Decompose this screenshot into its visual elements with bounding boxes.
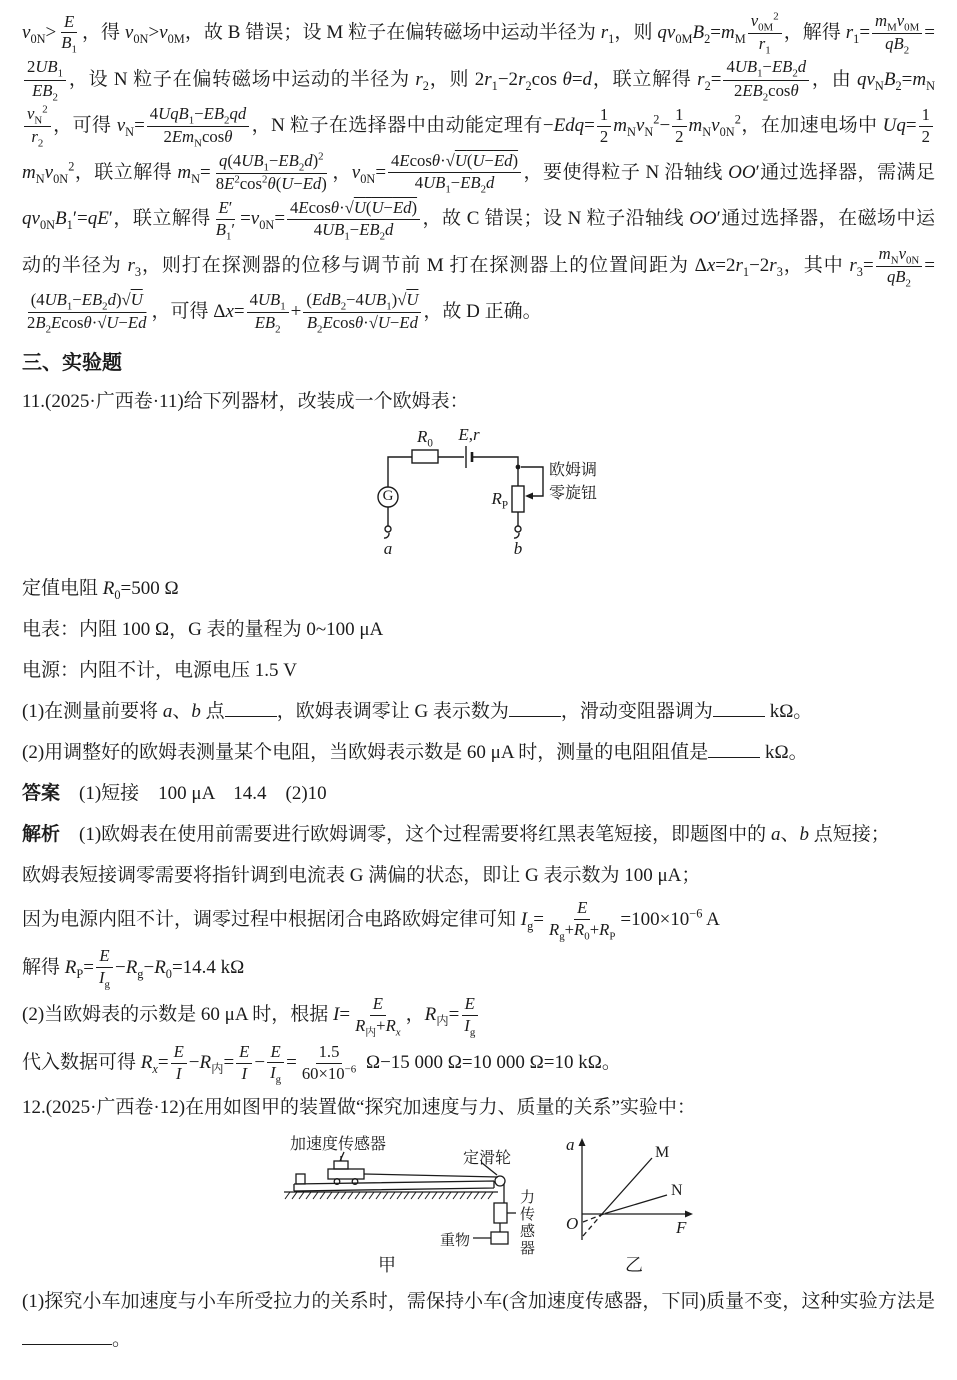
figure-jia-caption: 甲 bbox=[378, 1251, 396, 1277]
q11-analysis-line-5: (2)当欧姆表的示数是 60 μA 时，根据 I=ER内+Rx，R内=EIg bbox=[22, 993, 935, 1038]
line-n-label: N bbox=[671, 1182, 683, 1200]
q11-analysis-line-2: 欧姆表短接调零需要将指针调到电流表 G 满偏的状态，即让 G 表示数为 100 … bbox=[22, 857, 935, 895]
a-axis-arrowhead bbox=[579, 1138, 586, 1146]
string-horizontal bbox=[364, 1174, 498, 1177]
line-m-dashed bbox=[583, 1214, 602, 1236]
circuit-diagram: R0 E,r G RP 欧姆调 零旋钮 a b bbox=[340, 429, 670, 564]
document-body: { "page": {"bg": "#ffffff", "text_color"… bbox=[0, 0, 957, 1380]
analysis-paragraph: v0N>EB1，得 v0N>v0M，故 B 错误；设 M 粒子在偏转磁场中运动半… bbox=[22, 10, 935, 336]
line-m-solid bbox=[602, 1158, 652, 1214]
q11-analysis-line-1: 解析 (1)欧姆表在使用前需要进行欧姆调零，这个过程需要将红黑表笔短接，即题图中… bbox=[22, 816, 935, 854]
wire-right-top bbox=[472, 457, 518, 486]
weight-label: 重物 bbox=[440, 1229, 470, 1250]
potentiometer-rp-label: RP bbox=[478, 489, 508, 511]
wire-left-top bbox=[388, 457, 412, 487]
accel-sensor-box bbox=[334, 1161, 348, 1169]
pulley-label: 定滑轮 bbox=[463, 1145, 511, 1168]
experiment-setup-figure: 加速度传感器 定滑轮 力传感器 重物 甲 bbox=[270, 1135, 540, 1280]
q11-analysis-line-4: 解得 RP=EIg−Rg−R0=14.4 kΩ bbox=[22, 946, 935, 991]
force-sensor-label: 力传感器 bbox=[516, 1189, 537, 1257]
accel-sensor-label: 加速度传感器 bbox=[290, 1131, 386, 1154]
potentiometer-rp-symbol bbox=[512, 486, 524, 512]
terminal-a-label: a bbox=[381, 539, 395, 559]
terminal-a-circle bbox=[385, 526, 391, 532]
q12-figures-row: 加速度传感器 定滑轮 力传感器 重物 甲 a O F bbox=[270, 1135, 935, 1280]
q12-intro: 12.(2025·广西卷·12)在用如图甲的装置做“探究加速度与力、质量的关系”… bbox=[22, 1089, 935, 1127]
q11-intro: 11.(2025·广西卷·11)给下列器材，改装成一个欧姆表： bbox=[22, 383, 935, 421]
q11-given-r0: 定值电阻 R0=500 Ω bbox=[22, 570, 935, 608]
resistor-r0-label: R0 bbox=[404, 427, 446, 449]
section-heading: 三、实验题 bbox=[22, 346, 935, 375]
q11-analysis-line-3: 因为电源内阻不计，调零过程中根据闭合电路欧姆定律可知 Ig=ERg+R0+RP=… bbox=[22, 898, 935, 943]
cart-body bbox=[328, 1169, 364, 1179]
a-f-graph-figure: a O F M N 乙 bbox=[555, 1135, 705, 1280]
f-axis-arrowhead bbox=[685, 1210, 693, 1217]
resistor-r0-symbol bbox=[412, 450, 438, 463]
force-sensor-box bbox=[494, 1203, 507, 1223]
terminal-b-label: b bbox=[511, 539, 525, 559]
junction-dot bbox=[516, 464, 521, 469]
line-n-dashed bbox=[583, 1213, 605, 1222]
zero-adjust-knob-label-line2: 零旋钮 bbox=[549, 480, 597, 503]
figure-yi-caption: 乙 bbox=[625, 1251, 643, 1277]
f-axis-label: F bbox=[676, 1218, 686, 1238]
q12-question-1: (1)探究小车加速度与小车所受拉力的关系时，需保持小车(含加速度传感器，下同)质… bbox=[22, 1283, 935, 1359]
track bbox=[294, 1181, 494, 1191]
zero-adjust-knob-label-line1: 欧姆调 bbox=[549, 457, 597, 480]
battery-emf-label: E,r bbox=[449, 425, 489, 445]
q11-analysis-line-6: 代入数据可得 Rx=EI−R内=EI−EIg=1.560×10−6 Ω−15 0… bbox=[22, 1041, 935, 1086]
line-m-label: M bbox=[655, 1144, 669, 1162]
q11-given-meter: 电表：内阻 100 Ω，G 表的量程为 0~100 μA bbox=[22, 611, 935, 649]
weight-box bbox=[491, 1232, 508, 1244]
wiper-arrowhead bbox=[525, 492, 533, 499]
line-n-solid bbox=[605, 1195, 667, 1214]
q11-answer-line: 答案 (1)短接 100 μA 14.4 (2)10 bbox=[22, 775, 935, 813]
origin-label: O bbox=[566, 1214, 578, 1234]
a-axis-label: a bbox=[566, 1135, 575, 1155]
q11-blank-question-1: (1)在测量前要将 a、b 点，欧姆表调零让 G 表示数为，滑动变阻器调为 kΩ… bbox=[22, 693, 935, 731]
terminal-b-circle bbox=[515, 526, 521, 532]
document-page: v0N>EB1，得 v0N>v0M，故 B 错误；设 M 粒子在偏转磁场中运动半… bbox=[0, 0, 957, 1380]
q11-blank-question-2: (2)用调整好的欧姆表测量某个电阻，当欧姆表示数是 60 μA 时，测量的电阻阻… bbox=[22, 734, 935, 772]
q11-given-source: 电源：内阻不计，电源电压 1.5 V bbox=[22, 652, 935, 690]
terminal-b-lead bbox=[514, 533, 519, 538]
track-end-stop bbox=[296, 1174, 305, 1184]
terminal-a-lead bbox=[384, 533, 389, 538]
galvanometer-label: G bbox=[379, 488, 397, 505]
ground-hatching bbox=[285, 1192, 493, 1199]
